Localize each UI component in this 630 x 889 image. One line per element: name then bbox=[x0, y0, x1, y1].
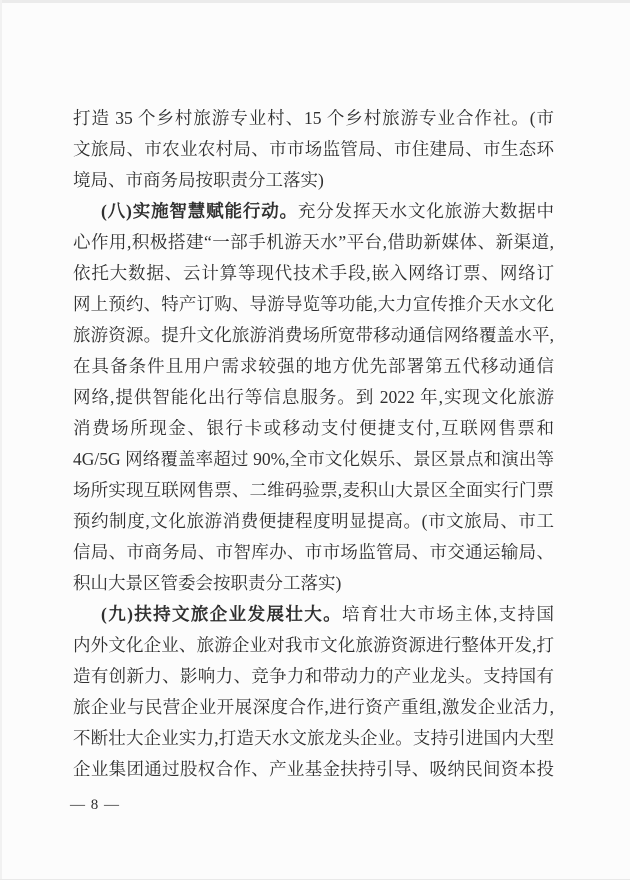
text-line: 企业集团通过股权合作、产业基金扶持引导、吸纳民间资本投入, bbox=[73, 754, 554, 785]
text-line: (八)实施智慧赋能行动。充分发挥天水文化旅游大数据中 bbox=[73, 196, 554, 227]
text-line: 造有创新力、影响力、竞争力和带动力的产业龙头。支持国有文 bbox=[73, 661, 554, 692]
scan-edge-top bbox=[0, 0, 630, 3]
text-line: 心作用,积极搭建“一部手机游天水”平台,借助新媒体、新渠道, bbox=[73, 227, 554, 258]
text-line: 网络,提供智能化出行等信息服务。到 2022 年,实现文化旅游 bbox=[73, 382, 554, 413]
section-viii-heading: (八)实施智慧赋能行动。 bbox=[101, 201, 298, 221]
text-line: 依托大数据、云计算等现代技术手段,嵌入网络订票、网络订餐、 bbox=[73, 258, 554, 289]
text-line: 不断壮大企业实力,打造天水文旅龙头企业。支持引进国内大型 bbox=[73, 723, 554, 754]
line-text: 培育壮大市场主体,支持国 bbox=[342, 604, 554, 624]
text-line: 内外文化企业、旅游企业对我市文化旅游资源进行整体开发,打 bbox=[73, 630, 554, 661]
text-line: 在具备条件且用户需求较强的地方优先部署第五代移动通信(5G) bbox=[73, 351, 554, 382]
section-ix-heading: (九)扶持文旅企业发展壮大。 bbox=[101, 604, 342, 624]
text-line: 4G/5G 网络覆盖率超过 90%,全市文化娱乐、景区景点和演出等 bbox=[73, 444, 554, 475]
text-line: 旅游资源。提升文化旅游消费场所宽带移动通信网络覆盖水平, bbox=[73, 320, 554, 351]
scan-edge-left bbox=[0, 0, 2, 880]
text-line: 网上预约、特产订购、导游导览等功能,大力宣传推介天水文化 bbox=[73, 289, 554, 320]
text-line: (九)扶持文旅企业发展壮大。培育壮大市场主体,支持国 bbox=[73, 599, 554, 630]
text-line: 境局、市商务局按职责分工落实) bbox=[73, 165, 554, 196]
body-text-block: 打造 35 个乡村旅游专业村、15 个乡村旅游专业合作社。(市 文旅局、市农业农… bbox=[73, 103, 554, 785]
scan-edge-bottom bbox=[0, 879, 630, 889]
text-line: 预约制度,文化旅游消费便捷程度明显提高。(市文旅局、市工 bbox=[73, 506, 554, 537]
text-line: 信局、市商务局、市智库办、市市场监管局、市交通运输局、麦 bbox=[73, 537, 554, 568]
page-number: — 8 — bbox=[70, 797, 120, 814]
text-line: 旅企业与民营企业开展深度合作,进行资产重组,激发企业活力, bbox=[73, 692, 554, 723]
text-line: 打造 35 个乡村旅游专业村、15 个乡村旅游专业合作社。(市 bbox=[73, 103, 554, 134]
text-line: 积山大景区管委会按职责分工落实) bbox=[73, 568, 554, 599]
document-page: 打造 35 个乡村旅游专业村、15 个乡村旅游专业合作社。(市 文旅局、市农业农… bbox=[0, 0, 630, 889]
text-line: 场所实现互联网售票、二维码验票,麦积山大景区全面实行门票 bbox=[73, 475, 554, 506]
text-line: 消费场所现金、银行卡或移动支付便捷支付,互联网售票和 bbox=[73, 413, 554, 444]
text-line: 文旅局、市农业农村局、市市场监管局、市住建局、市生态环 bbox=[73, 134, 554, 165]
line-text: 充分发挥天水文化旅游大数据中 bbox=[298, 201, 554, 221]
